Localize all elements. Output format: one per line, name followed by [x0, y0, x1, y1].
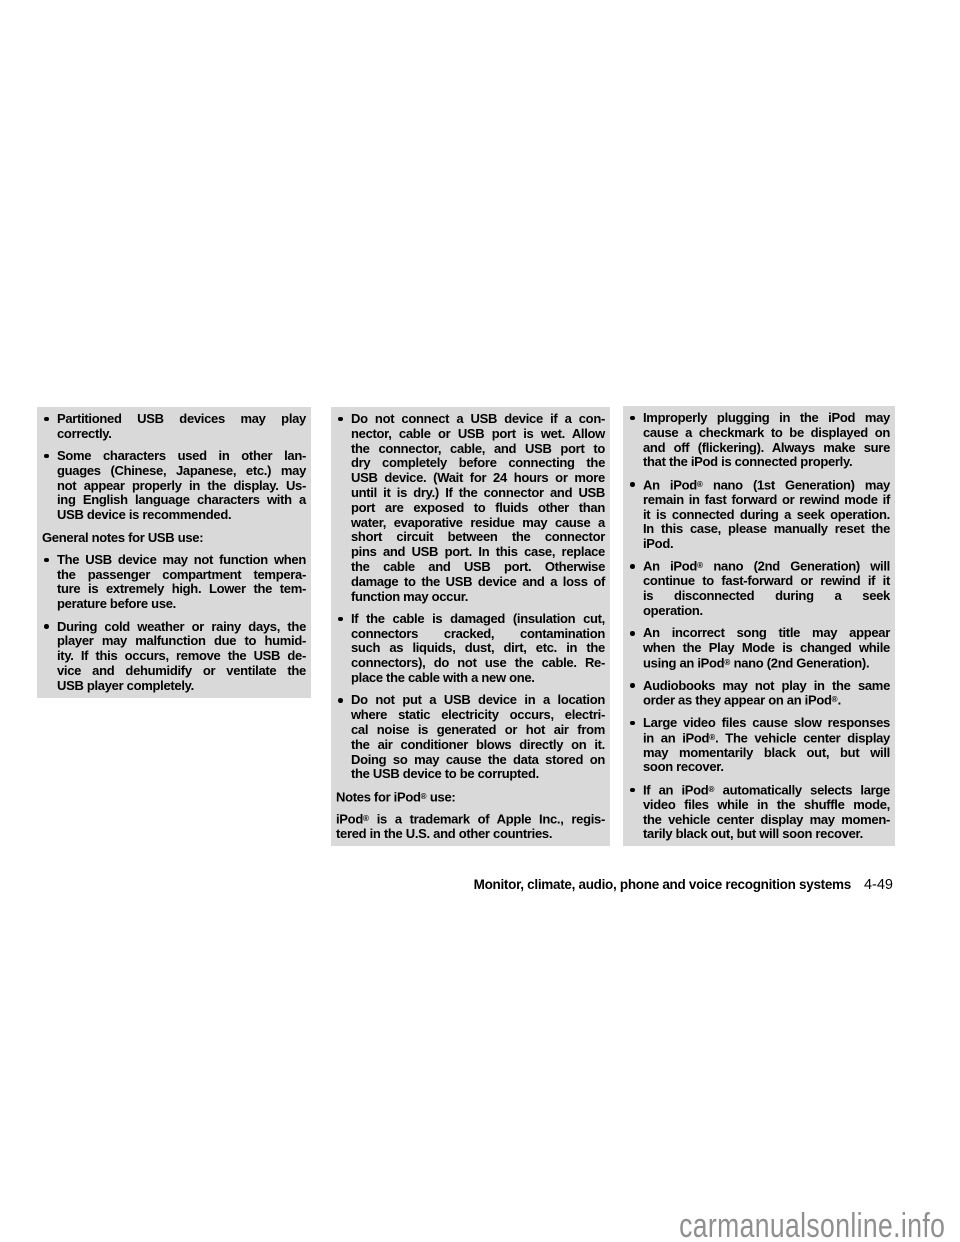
column-ipod-notes: Improperly plugging in the iPod maycause…	[623, 406, 895, 846]
section-heading: General notes for USB use:	[42, 531, 306, 546]
bullet-item: During cold weather or rainy days, thepl…	[42, 620, 306, 694]
bullet-icon	[628, 716, 643, 775]
bullet-icon	[336, 612, 351, 686]
bullet-icon	[42, 620, 57, 694]
bullet-item: Large video files cause slow responsesin…	[628, 716, 890, 775]
page-footer: Monitor, climate, audio, phone and voice…	[474, 877, 893, 893]
watermark: carmanualsonline.info	[679, 1207, 945, 1242]
item-text: Do not put a USB device in a locationwhe…	[351, 693, 605, 782]
item-text: During cold weather or rainy days, thepl…	[57, 620, 306, 694]
bullet-icon	[336, 693, 351, 782]
bullet-icon	[628, 559, 643, 618]
item-text: An incorrect song title may appearwhen t…	[643, 626, 890, 671]
item-text: Notes for iPod® use:	[336, 790, 605, 805]
bullet-item: Partitioned USB devices may playcorrectl…	[42, 412, 306, 442]
bullet-item: An iPod® nano (1st Generation) mayremain…	[628, 478, 890, 552]
footer-section-title: Monitor, climate, audio, phone and voice…	[474, 877, 851, 892]
item-text: Some characters used in other lan-guages…	[57, 449, 306, 523]
column-usb-notes-middle: Do not connect a USB device if a con-nec…	[331, 407, 610, 846]
bullet-icon	[628, 679, 643, 709]
bullet-icon	[628, 411, 643, 470]
bullet-item: Audiobooks may not play in the sameorder…	[628, 679, 890, 709]
section-heading: Notes for iPod® use:	[336, 790, 605, 805]
item-text: General notes for USB use:	[42, 531, 306, 546]
bullet-item: Improperly plugging in the iPod maycause…	[628, 411, 890, 470]
bullet-icon	[42, 449, 57, 523]
bullet-icon	[336, 412, 351, 604]
item-text: If an iPod® automatically selects largev…	[643, 783, 890, 842]
bullet-item: If an iPod® automatically selects largev…	[628, 783, 890, 842]
item-text: Audiobooks may not play in the sameorder…	[643, 679, 890, 709]
bullet-item: The USB device may not function whenthe …	[42, 553, 306, 612]
item-text: An iPod® nano (2nd Generation) willconti…	[643, 559, 890, 618]
item-text: iPod® is a trademark of Apple Inc., regi…	[336, 812, 605, 842]
item-text: Improperly plugging in the iPod maycause…	[643, 411, 890, 470]
paragraph: iPod® is a trademark of Apple Inc., regi…	[336, 812, 605, 842]
page-number: 4-49	[864, 877, 893, 893]
column-usb-notes-left: Partitioned USB devices may playcorrectl…	[37, 407, 311, 698]
item-text: Partitioned USB devices may playcorrectl…	[57, 412, 306, 442]
bullet-icon	[42, 553, 57, 612]
item-text: Large video files cause slow responsesin…	[643, 716, 890, 775]
bullet-item: An iPod® nano (2nd Generation) willconti…	[628, 559, 890, 618]
item-text: Do not connect a USB device if a con-nec…	[351, 412, 605, 604]
bullet-icon	[628, 626, 643, 671]
bullet-item: Do not put a USB device in a locationwhe…	[336, 693, 605, 782]
item-text: If the cable is damaged (insulation cut,…	[351, 612, 605, 686]
bullet-icon	[42, 412, 57, 442]
item-text: The USB device may not function whenthe …	[57, 553, 306, 612]
bullet-item: Do not connect a USB device if a con-nec…	[336, 412, 605, 604]
manual-page: Partitioned USB devices may playcorrectl…	[0, 0, 960, 1242]
item-text: An iPod® nano (1st Generation) mayremain…	[643, 478, 890, 552]
bullet-icon	[628, 478, 643, 552]
bullet-icon	[628, 783, 643, 842]
bullet-item: If the cable is damaged (insulation cut,…	[336, 612, 605, 686]
bullet-item: An incorrect song title may appearwhen t…	[628, 626, 890, 671]
bullet-item: Some characters used in other lan-guages…	[42, 449, 306, 523]
